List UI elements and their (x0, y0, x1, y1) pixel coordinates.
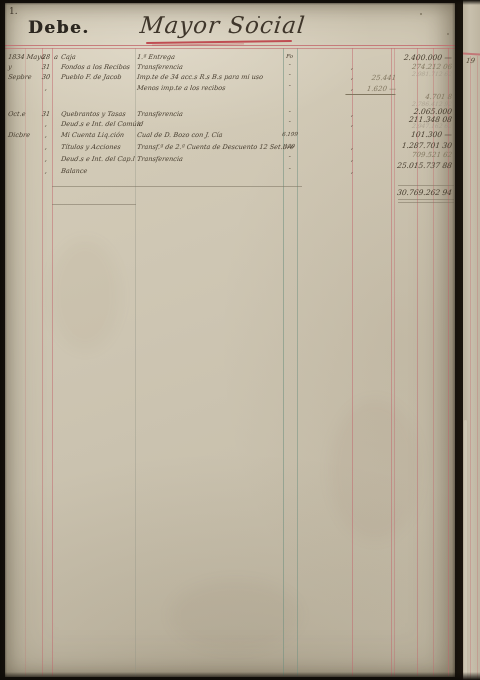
ledger-row: 1834 Mayo 28 a Caja 1.ª Entrega Fo (0, 53, 455, 63)
account-name: Balance (60, 167, 141, 176)
check-mark: , (350, 155, 359, 164)
date-day: , (39, 167, 52, 176)
date-month: Oct.e (7, 110, 42, 119)
amount-value: 25.015.737 88 (395, 161, 452, 170)
date-month: 1834 Mayo (7, 53, 42, 62)
amount-value: 1.620 — (345, 85, 396, 95)
account-name: Deud.s e Int. del Cap.l (60, 155, 141, 164)
entry-detail: Transf.ª de 2.ª Cuenta de Descuento 12 S… (136, 143, 287, 152)
header-rule-bottom (5, 48, 455, 49)
account-name: Títulos y Acciones (60, 143, 141, 152)
account-name: Pueblo F. de Jacob (60, 73, 141, 82)
account-name: Deud.s e Int. del Común (60, 120, 141, 129)
folio-number: ″ (281, 84, 297, 93)
folio-number: Fo (281, 53, 297, 62)
ledger-page (5, 3, 455, 677)
total-rule-below-1 (398, 199, 454, 200)
amount-value: 25.441 (345, 74, 396, 83)
check-mark: , (350, 110, 359, 119)
amount-value: 709.521 62 (395, 151, 452, 160)
date-day: 30 (39, 73, 52, 82)
date-day: , (39, 155, 52, 164)
date-day: 31 (39, 63, 52, 72)
next-page-column-rule (470, 56, 471, 680)
ledger-row: Dicbre , Mi Cuenta Liq.ción Cual de D. B… (0, 131, 455, 141)
folio-number: ″ (281, 167, 297, 176)
folio-number: ″ (281, 120, 297, 129)
pencil-rule (52, 186, 302, 187)
date-day: , (39, 143, 52, 152)
ledger-title: Mayor Social (139, 13, 307, 39)
total-rule-below-2 (398, 202, 454, 203)
date-day: , (39, 131, 52, 140)
entry-detail: Transferencia (136, 63, 287, 72)
date-day: , (39, 120, 52, 129)
photo-edge-top (0, 0, 480, 5)
header-rule-top (5, 45, 455, 46)
entry-detail: Transferencia (136, 110, 287, 119)
entry-detail: id (136, 120, 287, 129)
folio-number: ″ (281, 155, 297, 164)
date-day: , (39, 84, 52, 93)
account-name: Caja (60, 53, 141, 62)
check-mark: , (350, 143, 359, 152)
ledger-row: , Balance ″ , (0, 167, 455, 177)
check-mark: , (350, 167, 359, 176)
ink-speck (420, 13, 422, 15)
next-page-number: 19 (466, 57, 476, 65)
ledger-row: , Deud.s e Int. del Cap.l Transferencia … (0, 155, 455, 165)
ledger-row: , Deud.s e Int. del Común id ″ , (0, 120, 455, 130)
page-number: 1. (9, 7, 18, 17)
date-month: Dicbre (7, 131, 42, 140)
ledger-row: , Títulos y Acciones Transf.ª de 2.ª Cue… (0, 143, 455, 153)
date-month: Sepbre (7, 73, 42, 82)
entry-detail: Menos imp.te a los recibos (136, 84, 287, 93)
date-day: 31 (39, 110, 52, 119)
date-day: 28 (39, 53, 52, 62)
debit-heading: Debe. (28, 18, 90, 38)
ink-speck (447, 33, 449, 35)
photo-edge-left (0, 0, 7, 680)
account-name: Quebrantos y Tasas (60, 110, 141, 119)
folio-number: 120 (281, 143, 297, 152)
entry-detail: Transferencia (136, 155, 287, 164)
photo-edge-bottom (0, 672, 480, 680)
next-page-column-rule (477, 56, 478, 680)
check-mark: , (350, 120, 359, 129)
folio-number: ″ (281, 63, 297, 72)
pencil-rule (52, 204, 136, 205)
check-mark: , (350, 63, 359, 72)
amount-value: 2.981.712 62 (395, 70, 452, 79)
total-rule-above (398, 185, 454, 186)
entry-detail: Cual de D. Bozo con J. Cía (136, 131, 287, 140)
amount-value: 1.287.701 30 (395, 141, 452, 150)
folio-number: 6.199 (281, 131, 297, 140)
entry-detail: 1.ª Entrega (136, 53, 287, 62)
amount-value: 2.400.000 — (395, 53, 452, 62)
ledger-scan: 1. Debe. Mayor Social 1834 Mayo 28 a Caj… (0, 0, 480, 680)
amount-value: 101.300 — (395, 130, 452, 139)
total-amount: 30.769.262 94 (395, 188, 452, 197)
ledger-row: Oct.e 31 Quebrantos y Tasas Transferenci… (0, 110, 455, 120)
page-curl-highlight (464, 420, 467, 680)
account-name: Fondos a los Recibos (60, 63, 141, 72)
folio-number: ″ (281, 73, 297, 82)
date-month: y (7, 63, 42, 72)
folio-number: ″ (281, 110, 297, 119)
account-name: Mi Cuenta Liq.ción (60, 131, 141, 140)
entry-detail: Imp.te de 34 acc.s R.s B.s para mi uso (136, 73, 287, 82)
ledger-row: y 31 Fondos a los Recibos Transferencia … (0, 63, 455, 73)
